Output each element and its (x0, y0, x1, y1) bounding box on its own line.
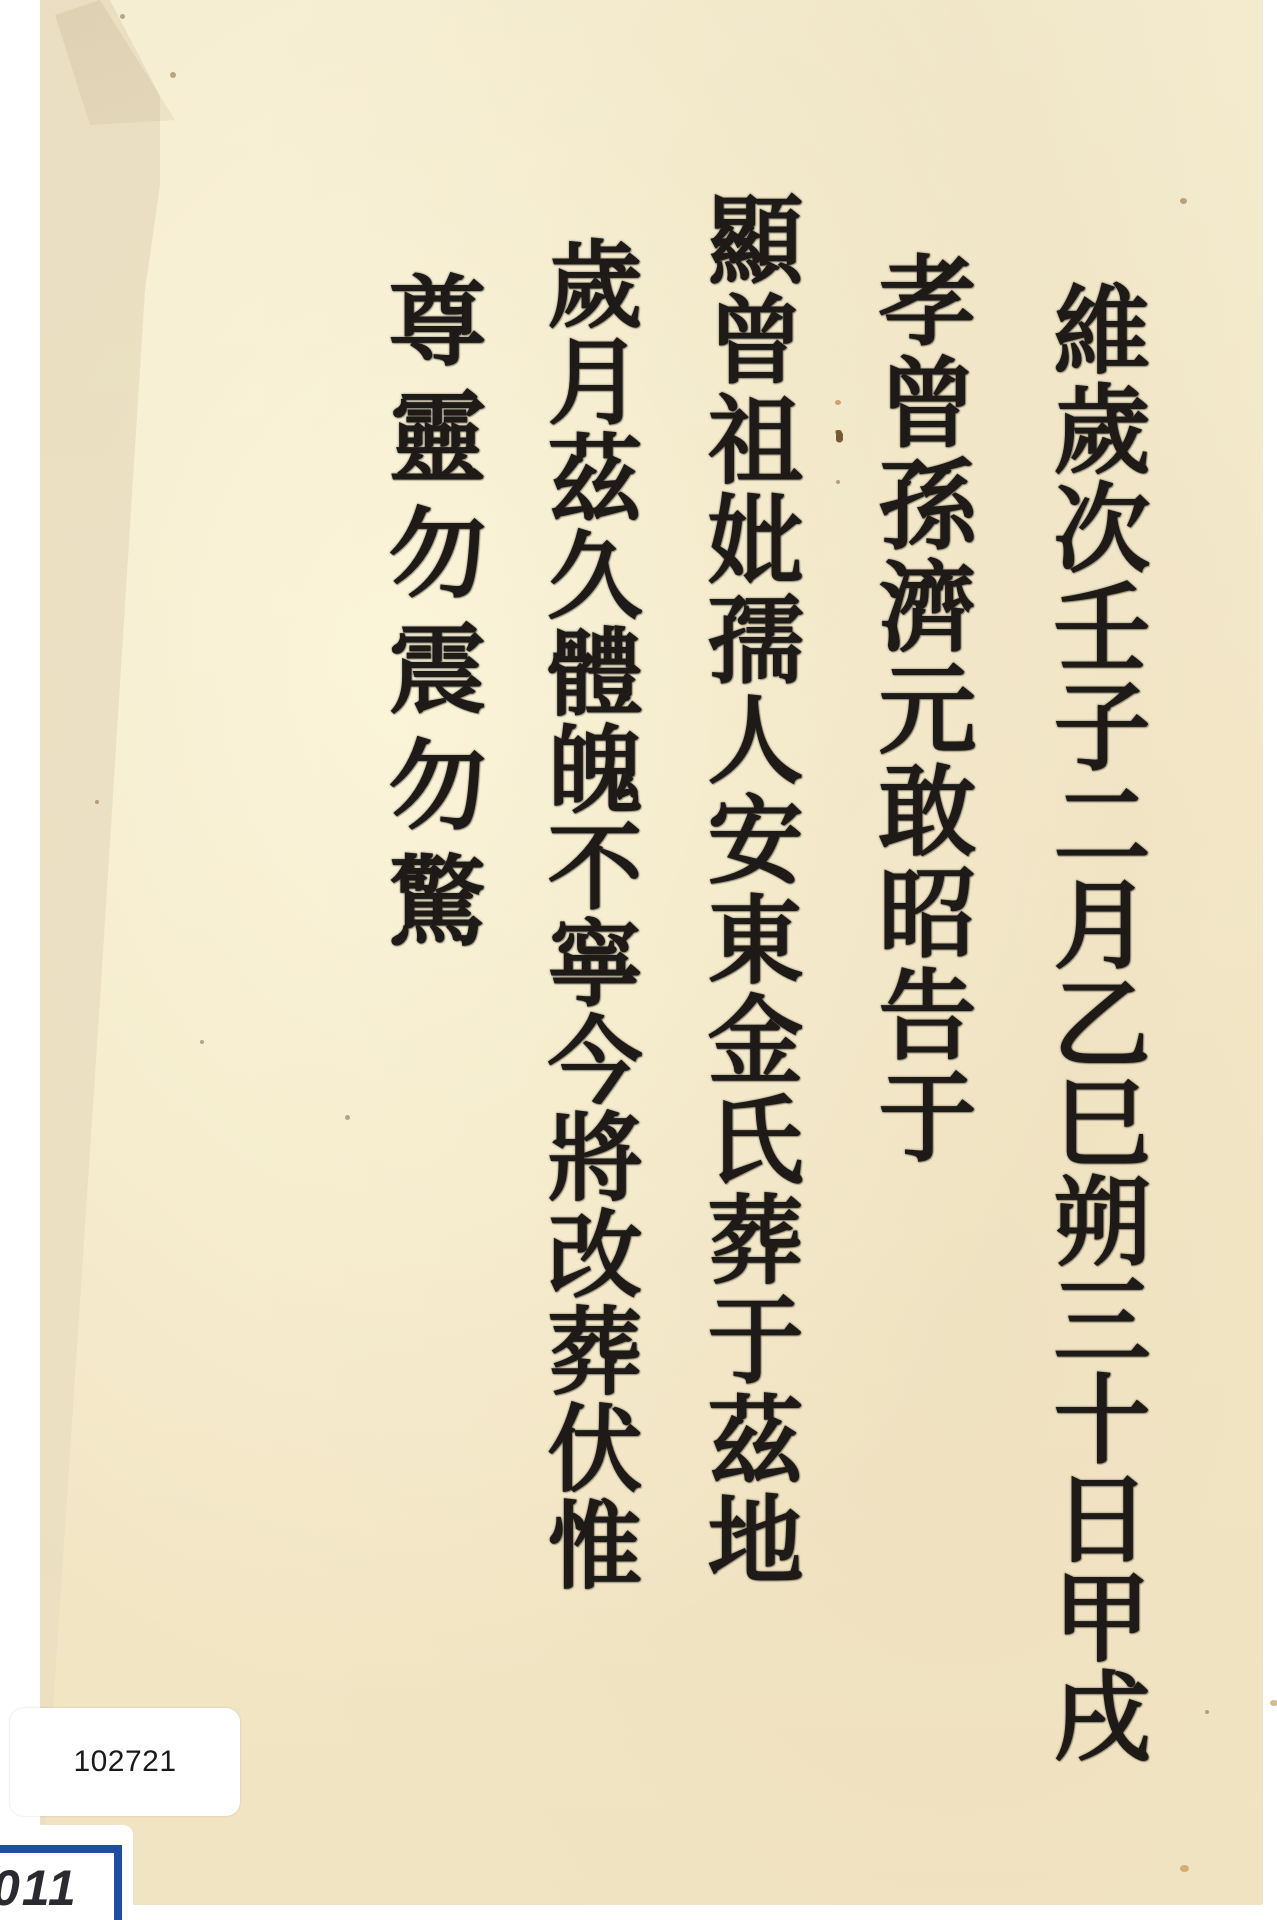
text-column-3: 顯曾祖妣孺人安東金氏葬于茲地 (700, 190, 796, 1590)
archive-tag: 011 (0, 1825, 133, 1920)
scan-background-left (0, 0, 40, 1920)
catalog-number: 102721 (73, 1745, 176, 1779)
ritual-text-body: 維歲次壬子二月乙巳朔三十日甲戌 孝曾孫濟元敢昭告于 顯曾祖妣孺人安東金氏葬于茲地… (200, 250, 1220, 1870)
scan-background-bottom (0, 1905, 1277, 1920)
scan-background-right (1263, 0, 1277, 1920)
catalog-number-sticker: 102721 (10, 1708, 240, 1816)
text-column-1: 維歲次壬子二月乙巳朔三十日甲戌 (1045, 280, 1142, 1765)
text-column-5: 尊靈勿震勿驚 (380, 270, 478, 966)
text-column-2: 孝曾孫濟元敢昭告于 (870, 250, 968, 1168)
text-column-4: 歲月茲久體魄不寧今將改葬伏惟 (540, 235, 635, 1593)
archive-tag-number: 011 (0, 1859, 78, 1917)
